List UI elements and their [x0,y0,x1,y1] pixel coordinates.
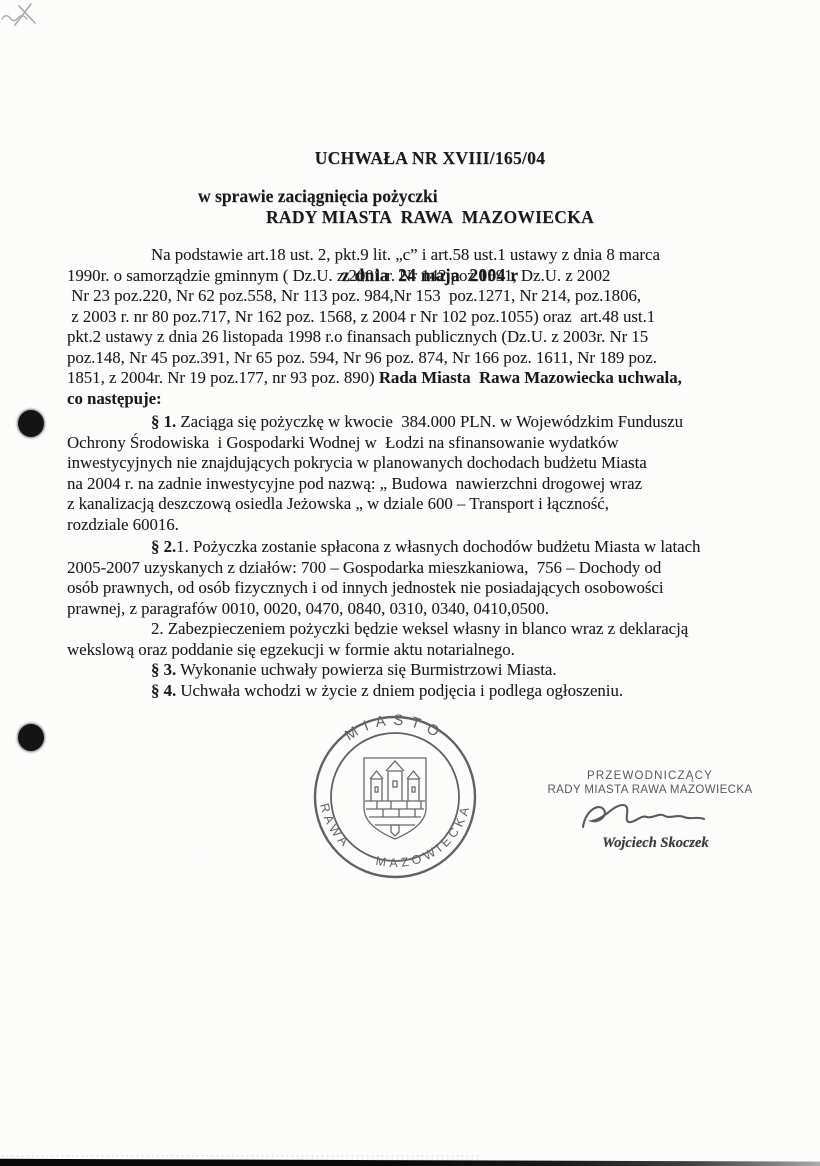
text-segment: pkt.2 ustawy z dnia 26 listopada 1998 r.… [67,327,648,346]
text-segment: 1851, z 2004r. Nr 19 poz.177, nr 93 poz.… [67,368,379,387]
text-segment: Wykonanie uchwały powierza się Burmistrz… [176,660,556,679]
text-segment: rozdziale 60016. [67,515,179,534]
handwritten-signature [578,797,712,839]
text-line: 2. Zabezpieczeniem pożyczki będzie wekse… [67,619,767,640]
text-segment: inwestycyjnych nie znajdujących pokrycia… [67,453,647,472]
text-segment: prawnej, z paragrafów 0010, 0020, 0470, … [67,599,549,618]
text-segment: Nr 23 poz.220, Nr 62 poz.558, Nr 113 poz… [67,286,641,305]
text-segment: Na podstawie art.18 ust. 2, pkt.9 lit. „… [151,245,660,264]
text-segment: 2. Zabezpieczeniem pożyczki będzie wekse… [151,619,688,638]
section-2-point-2-paragraph: 2. Zabezpieczeniem pożyczki będzie wekse… [67,619,767,660]
text-line: Nr 23 poz.220, Nr 62 poz.558, Nr 113 poz… [67,286,767,307]
text-line: Na podstawie art.18 ust. 2, pkt.9 lit. „… [67,245,767,266]
bold-text-segment: § 1. [151,412,176,431]
section-4-paragraph: § 4. Uchwała wchodzi w życie z dniem pod… [67,681,767,702]
text-line: Ochrony Środowiska i Gospodarki Wodnej w… [67,433,767,454]
pen-scribble-marks [0,0,60,36]
bold-text-segment: § 2. [151,537,176,556]
scanned-document-page: UCHWAŁA NR XVIII/165/04 RADY MIASTA RAWA… [0,0,820,1166]
text-line: osób prawnych, od osób fizycznych i od i… [67,578,767,599]
section-3-paragraph: § 3. Wykonanie uchwały powierza się Burm… [67,660,767,681]
city-seal-stamp: MIASTO RAWA MAZOWIECKA [311,713,479,881]
text-segment: z 2003 r. nr 80 poz.717, Nr 162 poz. 156… [67,307,655,326]
text-line: rozdziale 60016. [67,515,767,536]
text-line: § 3. Wykonanie uchwały powierza się Burm… [67,660,767,681]
hole-punch-mark [18,724,44,751]
resolution-number: UCHWAŁA NR XVIII/165/04 [90,149,770,169]
text-line: poz.148, Nr 45 poz.391, Nr 65 poz. 594, … [67,348,767,369]
text-line: 1990r. o samorządzie gminnym ( Dz.U. z 2… [67,266,767,287]
text-segment: 2005-2007 uzyskanych z działów: 700 – Go… [67,558,661,577]
legal-basis-paragraph: Na podstawie art.18 ust. 2, pkt.9 lit. „… [67,245,767,409]
signer-role-line2: RADY MIASTA RAWA MAZOWIECKA [520,784,780,796]
signer-name: Wojciech Skoczek [558,835,753,852]
text-segment: poz.148, Nr 45 poz.391, Nr 65 poz. 594, … [67,348,657,367]
bold-text-segment: § 4. [151,681,176,700]
hole-punch-mark [18,410,44,437]
signer-role-line1: PRZEWODNICZĄCY [540,770,760,782]
bold-text-segment: Rada Miasta Rawa Mazowiecka uchwala, [379,368,682,387]
text-segment: Zaciąga się pożyczkę w kwocie 384.000 PL… [176,412,683,431]
text-line: 2005-2007 uzyskanych z działów: 700 – Go… [67,558,767,579]
text-line: § 4. Uchwała wchodzi w życie z dniem pod… [67,681,767,702]
coat-of-arms-shield [364,758,426,839]
subject-line: w sprawie zaciągnięcia pożyczki [198,186,438,207]
text-line: prawnej, z paragrafów 0010, 0020, 0470, … [67,599,767,620]
text-segment: 1. Pożyczka zostanie spłacona z własnych… [176,537,700,556]
text-segment: z kanalizacją deszczową osiedla Jeżowska… [67,494,609,513]
text-segment: osób prawnych, od osób fizycznych i od i… [67,578,664,597]
text-line: na 2004 r. na zadnie inwestycyjne pod na… [67,474,767,495]
text-segment: wekslową oraz poddanie się egzekucji w f… [67,640,515,659]
text-line: pkt.2 ustawy z dnia 26 listopada 1998 r.… [67,327,767,348]
council-name: RADY MIASTA RAWA MAZOWIECKA [90,208,770,228]
section-1-paragraph: § 1. Zaciąga się pożyczkę w kwocie 384.0… [67,412,767,535]
text-line: co następuje: [67,389,767,410]
text-line: § 1. Zaciąga się pożyczkę w kwocie 384.0… [67,412,767,433]
section-2-point-1-paragraph: § 2.1. Pożyczka zostanie spłacona z włas… [67,537,767,619]
bold-text-segment: co następuje: [67,389,162,408]
text-line: z kanalizacją deszczową osiedla Jeżowska… [67,494,767,515]
text-line: § 2.1. Pożyczka zostanie spłacona z włas… [67,537,767,558]
text-line: inwestycyjnych nie znajdujących pokrycia… [67,453,767,474]
text-segment: Uchwała wchodzi w życie z dniem podjęcia… [176,681,623,700]
seal-city-word: MIASTO [342,713,448,744]
text-segment: na 2004 r. na zadnie inwestycyjne pod na… [67,474,642,493]
text-line: z 2003 r. nr 80 poz.717, Nr 162 poz. 156… [67,307,767,328]
text-line: wekslową oraz poddanie się egzekucji w f… [67,640,767,661]
seal-top-text: MIASTO [342,713,448,744]
scan-edge-artifact [0,1154,820,1166]
text-line: 1851, z 2004r. Nr 19 poz.177, nr 93 poz.… [67,368,767,389]
document-body: Na podstawie art.18 ust. 2, pkt.9 lit. „… [67,245,767,701]
text-segment: 1990r. o samorządzie gminnym ( Dz.U. z 2… [67,266,610,285]
text-segment: Ochrony Środowiska i Gospodarki Wodnej w… [67,433,619,452]
bold-text-segment: § 3. [151,660,176,679]
